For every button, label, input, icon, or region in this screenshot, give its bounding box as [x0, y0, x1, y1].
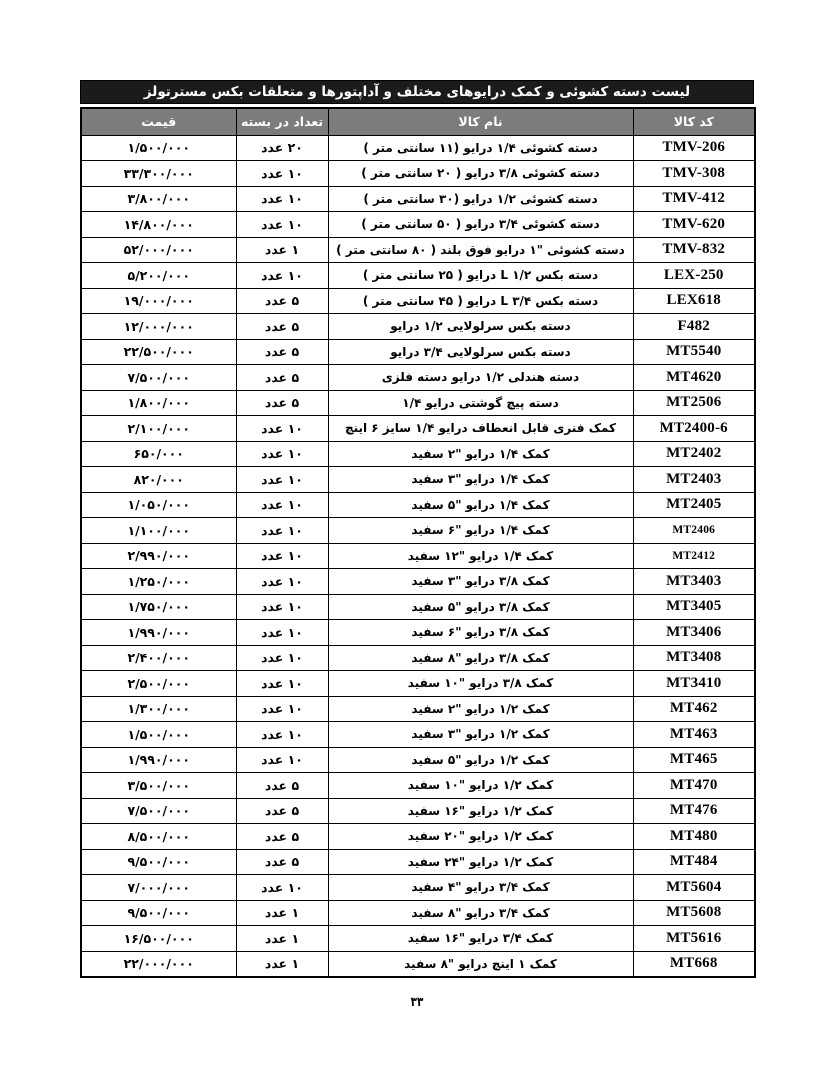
table-row: MT462کمک ۱/۲ درایو "۲ سفید۱۰ عدد۱/۳۰۰/۰۰… [81, 696, 755, 722]
cell-code: MT2403 [633, 467, 755, 493]
cell-name: کمک ۱ اینچ درایو "۸ سفید [328, 951, 633, 977]
cell-qty: ۱۰ عدد [236, 416, 328, 442]
cell-price: ۷/۰۰۰/۰۰۰ [81, 875, 236, 901]
cell-price: ۷/۵۰۰/۰۰۰ [81, 798, 236, 824]
cell-qty: ۵ عدد [236, 390, 328, 416]
table-row: MT484کمک ۱/۲ درایو "۲۴ سفید۵ عدد۹/۵۰۰/۰۰… [81, 849, 755, 875]
cell-code: MT2506 [633, 390, 755, 416]
cell-price: ۱/۳۰۰/۰۰۰ [81, 696, 236, 722]
cell-name: کمک ۱/۴ درایو "۶ سفید [328, 518, 633, 544]
cell-name: کمک ۳/۸ درایو "۸ سفید [328, 645, 633, 671]
cell-name: کمک ۳/۴ درایو "۸ سفید [328, 900, 633, 926]
cell-qty: ۵ عدد [236, 314, 328, 340]
cell-name: کمک ۱/۴ درایو "۲ سفید [328, 441, 633, 467]
cell-qty: ۵ عدد [236, 824, 328, 850]
cell-name: کمک ۱/۲ درایو "۱۶ سفید [328, 798, 633, 824]
table-title-bar: لیست دسته کشوئی و کمک درایوهای مختلف و آ… [80, 80, 754, 104]
cell-code: TMV-206 [633, 135, 755, 161]
cell-qty: ۱۰ عدد [236, 747, 328, 773]
cell-code: MT470 [633, 773, 755, 799]
cell-price: ۳/۵۰۰/۰۰۰ [81, 773, 236, 799]
cell-name: دسته بکس سرلولایی ۳/۴ درایو [328, 339, 633, 365]
cell-code: MT3405 [633, 594, 755, 620]
table-row: MT3406کمک ۳/۸ درایو "۶ سفید۱۰ عدد۱/۹۹۰/۰… [81, 620, 755, 646]
footer-page-number: ۳۳ [83, 995, 750, 1010]
cell-qty: ۱۰ عدد [236, 441, 328, 467]
cell-price: ۵۲/۰۰۰/۰۰۰ [81, 237, 236, 263]
cell-qty: ۱ عدد [236, 900, 328, 926]
cell-price: ۸۲۰/۰۰۰ [81, 467, 236, 493]
table-row: MT2400-6کمک فنری قابل انعطاف درایو ۱/۴ س… [81, 416, 755, 442]
table-row: LEX618دسته بکس L ۳/۴ درایو ( ۴۵ سانتی مت… [81, 288, 755, 314]
cell-qty: ۱۰ عدد [236, 518, 328, 544]
cell-qty: ۱ عدد [236, 951, 328, 977]
cell-name: کمک ۱/۴ درایو "۵ سفید [328, 492, 633, 518]
cell-price: ۱/۹۹۰/۰۰۰ [81, 620, 236, 646]
cell-name: کمک ۱/۴ درایو "۱۲ سفید [328, 543, 633, 569]
cell-code: TMV-412 [633, 186, 755, 212]
cell-price: ۱/۸۰۰/۰۰۰ [81, 390, 236, 416]
cell-code: MT3406 [633, 620, 755, 646]
cell-name: دسته کشوئی ۳/۸ درایو ( ۲۰ سانتی متر ) [328, 161, 633, 187]
cell-code: MT5608 [633, 900, 755, 926]
cell-code: MT484 [633, 849, 755, 875]
cell-name: کمک ۱/۲ درایو "۲ سفید [328, 696, 633, 722]
table-row: LEX-250دسته بکس L ۱/۲ درایو ( ۲۵ سانتی م… [81, 263, 755, 289]
table-header-row: کد کالا نام کالا تعداد در بسته قیمت [81, 108, 755, 135]
cell-price: ۲/۱۰۰/۰۰۰ [81, 416, 236, 442]
cell-price: ۲۲/۵۰۰/۰۰۰ [81, 339, 236, 365]
cell-code: MT2402 [633, 441, 755, 467]
cell-qty: ۱۰ عدد [236, 645, 328, 671]
cell-qty: ۱۰ عدد [236, 620, 328, 646]
cell-qty: ۱۰ عدد [236, 594, 328, 620]
table-row: MT2406کمک ۱/۴ درایو "۶ سفید۱۰ عدد۱/۱۰۰/۰… [81, 518, 755, 544]
cell-code: MT5604 [633, 875, 755, 901]
cell-name: دسته کشوئی ۳/۴ درایو ( ۵۰ سانتی متر ) [328, 212, 633, 238]
table-row: MT470کمک ۱/۲ درایو "۱۰ سفید۵ عدد۳/۵۰۰/۰۰… [81, 773, 755, 799]
cell-code: MT476 [633, 798, 755, 824]
table-row: TMV-832دسته کشوئی "۱ درایو فوق بلند ( ۸۰… [81, 237, 755, 263]
cell-name: دسته پیچ گوشتی درایو ۱/۴ [328, 390, 633, 416]
cell-price: ۱/۱۰۰/۰۰۰ [81, 518, 236, 544]
cell-price: ۲/۵۰۰/۰۰۰ [81, 671, 236, 697]
table-row: MT463کمک ۱/۲ درایو "۳ سفید۱۰ عدد۱/۵۰۰/۰۰… [81, 722, 755, 748]
cell-qty: ۱۰ عدد [236, 161, 328, 187]
cell-qty: ۵ عدد [236, 773, 328, 799]
cell-price: ۱/۵۰۰/۰۰۰ [81, 135, 236, 161]
cell-name: کمک ۳/۴ درایو "۴ سفید [328, 875, 633, 901]
cell-name: کمک ۳/۸ درایو "۵ سفید [328, 594, 633, 620]
cell-price: ۱۶/۵۰۰/۰۰۰ [81, 926, 236, 952]
cell-code: MT2412 [633, 543, 755, 569]
cell-code: TMV-308 [633, 161, 755, 187]
table-row: MT2403کمک ۱/۴ درایو "۳ سفید۱۰ عدد۸۲۰/۰۰۰ [81, 467, 755, 493]
column-header-qty: تعداد در بسته [236, 108, 328, 135]
cell-code: MT480 [633, 824, 755, 850]
cell-code: MT3410 [633, 671, 755, 697]
cell-code: MT2406 [633, 518, 755, 544]
cell-price: ۲/۴۰۰/۰۰۰ [81, 645, 236, 671]
cell-qty: ۱ عدد [236, 926, 328, 952]
scanned-price-list-page: { "colors": { "title_bar_bg": "#1b1b1b",… [0, 0, 834, 1080]
cell-code: MT2400-6 [633, 416, 755, 442]
cell-name: کمک ۳/۴ درایو "۱۶ سفید [328, 926, 633, 952]
cell-qty: ۱۰ عدد [236, 671, 328, 697]
cell-name: دسته هندلی ۱/۲ درایو دسته فلزی [328, 365, 633, 391]
cell-price: ۵/۲۰۰/۰۰۰ [81, 263, 236, 289]
column-header-price: قیمت [81, 108, 236, 135]
cell-qty: ۲۰ عدد [236, 135, 328, 161]
cell-qty: ۱۰ عدد [236, 492, 328, 518]
cell-code: MT3403 [633, 569, 755, 595]
cell-code: MT2405 [633, 492, 755, 518]
cell-price: ۳/۸۰۰/۰۰۰ [81, 186, 236, 212]
cell-qty: ۱ عدد [236, 237, 328, 263]
cell-code: F482 [633, 314, 755, 340]
table-row: TMV-620دسته کشوئی ۳/۴ درایو ( ۵۰ سانتی م… [81, 212, 755, 238]
cell-price: ۳۳/۳۰۰/۰۰۰ [81, 161, 236, 187]
cell-code: LEX618 [633, 288, 755, 314]
cell-code: TMV-832 [633, 237, 755, 263]
cell-price: ۱/۵۰۰/۰۰۰ [81, 722, 236, 748]
column-header-code: کد کالا [633, 108, 755, 135]
table-row: MT5540دسته بکس سرلولایی ۳/۴ درایو۵ عدد۲۲… [81, 339, 755, 365]
cell-qty: ۱۰ عدد [236, 212, 328, 238]
table-row: TMV-206دسته کشوئی ۱/۴ درایو (۱۱ سانتی مت… [81, 135, 755, 161]
cell-qty: ۵ عدد [236, 365, 328, 391]
cell-code: MT668 [633, 951, 755, 977]
cell-price: ۷/۵۰۰/۰۰۰ [81, 365, 236, 391]
cell-price: ۱/۹۹۰/۰۰۰ [81, 747, 236, 773]
cell-name: کمک فنری قابل انعطاف درایو ۱/۴ سایز ۶ ای… [328, 416, 633, 442]
cell-name: کمک ۱/۴ درایو "۳ سفید [328, 467, 633, 493]
cell-price: ۱/۲۵۰/۰۰۰ [81, 569, 236, 595]
cell-code: MT4620 [633, 365, 755, 391]
cell-price: ۱۴/۸۰۰/۰۰۰ [81, 212, 236, 238]
cell-name: دسته بکس L ۱/۲ درایو ( ۲۵ سانتی متر ) [328, 263, 633, 289]
table-row: MT668کمک ۱ اینچ درایو "۸ سفید۱ عدد۲۲/۰۰۰… [81, 951, 755, 977]
cell-price: ۹/۵۰۰/۰۰۰ [81, 900, 236, 926]
cell-code: MT463 [633, 722, 755, 748]
cell-qty: ۱۰ عدد [236, 186, 328, 212]
table-row: TMV-412دسته کشوئی ۱/۲ درایو (۳۰ سانتی مت… [81, 186, 755, 212]
cell-name: کمک ۱/۲ درایو "۳ سفید [328, 722, 633, 748]
cell-name: کمک ۳/۸ درایو "۱۰ سفید [328, 671, 633, 697]
cell-qty: ۱۰ عدد [236, 696, 328, 722]
cell-qty: ۵ عدد [236, 339, 328, 365]
cell-qty: ۵ عدد [236, 798, 328, 824]
cell-name: کمک ۱/۲ درایو "۱۰ سفید [328, 773, 633, 799]
cell-code: MT465 [633, 747, 755, 773]
cell-qty: ۱۰ عدد [236, 875, 328, 901]
table-row: MT2402کمک ۱/۴ درایو "۲ سفید۱۰ عدد۶۵۰/۰۰۰ [81, 441, 755, 467]
cell-name: کمک ۱/۲ درایو "۵ سفید [328, 747, 633, 773]
cell-name: کمک ۳/۸ درایو "۶ سفید [328, 620, 633, 646]
table-row: MT5616کمک ۳/۴ درایو "۱۶ سفید۱ عدد۱۶/۵۰۰/… [81, 926, 755, 952]
cell-qty: ۱۰ عدد [236, 543, 328, 569]
cell-name: کمک ۱/۲ درایو "۲۰ سفید [328, 824, 633, 850]
cell-code: MT5540 [633, 339, 755, 365]
table-row: MT465کمک ۱/۲ درایو "۵ سفید۱۰ عدد۱/۹۹۰/۰۰… [81, 747, 755, 773]
cell-qty: ۱۰ عدد [236, 467, 328, 493]
cell-name: دسته بکس L ۳/۴ درایو ( ۴۵ سانتی متر ) [328, 288, 633, 314]
table-row: MT4620دسته هندلی ۱/۲ درایو دسته فلزی۵ عد… [81, 365, 755, 391]
cell-code: MT3408 [633, 645, 755, 671]
table-row: MT2506دسته پیچ گوشتی درایو ۱/۴۵ عدد۱/۸۰۰… [81, 390, 755, 416]
cell-qty: ۱۰ عدد [236, 569, 328, 595]
price-table: کد کالا نام کالا تعداد در بسته قیمت TMV-… [80, 107, 756, 978]
table-body: TMV-206دسته کشوئی ۱/۴ درایو (۱۱ سانتی مت… [81, 135, 755, 977]
table-row: MT3405کمک ۳/۸ درایو "۵ سفید۱۰ عدد۱/۷۵۰/۰… [81, 594, 755, 620]
cell-qty: ۱۰ عدد [236, 263, 328, 289]
cell-qty: ۵ عدد [236, 849, 328, 875]
cell-name: کمک ۱/۲ درایو "۲۴ سفید [328, 849, 633, 875]
price-list-sheet: لیست دسته کشوئی و کمک درایوهای مختلف و آ… [80, 80, 754, 978]
cell-name: دسته کشوئی ۱/۴ درایو (۱۱ سانتی متر ) [328, 135, 633, 161]
table-row: MT3403کمک ۳/۸ درایو "۳ سفید۱۰ عدد۱/۲۵۰/۰… [81, 569, 755, 595]
cell-code: LEX-250 [633, 263, 755, 289]
table-row: TMV-308دسته کشوئی ۳/۸ درایو ( ۲۰ سانتی م… [81, 161, 755, 187]
table-row: MT3408کمک ۳/۸ درایو "۸ سفید۱۰ عدد۲/۴۰۰/۰… [81, 645, 755, 671]
cell-price: ۸/۵۰۰/۰۰۰ [81, 824, 236, 850]
cell-price: ۱۹/۰۰۰/۰۰۰ [81, 288, 236, 314]
table-row: MT2412کمک ۱/۴ درایو "۱۲ سفید۱۰ عدد۲/۹۹۰/… [81, 543, 755, 569]
table-row: F482دسته بکس سرلولایی ۱/۲ درایو۵ عدد۱۲/۰… [81, 314, 755, 340]
cell-name: دسته کشوئی ۱/۲ درایو (۳۰ سانتی متر ) [328, 186, 633, 212]
table-row: MT476کمک ۱/۲ درایو "۱۶ سفید۵ عدد۷/۵۰۰/۰۰… [81, 798, 755, 824]
cell-code: TMV-620 [633, 212, 755, 238]
cell-price: ۱/۰۵۰/۰۰۰ [81, 492, 236, 518]
cell-qty: ۵ عدد [236, 288, 328, 314]
cell-name: دسته کشوئی "۱ درایو فوق بلند ( ۸۰ سانتی … [328, 237, 633, 263]
table-row: MT480کمک ۱/۲ درایو "۲۰ سفید۵ عدد۸/۵۰۰/۰۰… [81, 824, 755, 850]
table-row: MT5604کمک ۳/۴ درایو "۴ سفید۱۰ عدد۷/۰۰۰/۰… [81, 875, 755, 901]
cell-code: MT462 [633, 696, 755, 722]
cell-price: ۲/۹۹۰/۰۰۰ [81, 543, 236, 569]
column-header-name: نام کالا [328, 108, 633, 135]
cell-name: کمک ۳/۸ درایو "۳ سفید [328, 569, 633, 595]
cell-code: MT5616 [633, 926, 755, 952]
cell-price: ۹/۵۰۰/۰۰۰ [81, 849, 236, 875]
cell-price: ۱۲/۰۰۰/۰۰۰ [81, 314, 236, 340]
cell-qty: ۱۰ عدد [236, 722, 328, 748]
cell-price: ۱/۷۵۰/۰۰۰ [81, 594, 236, 620]
table-row: MT5608کمک ۳/۴ درایو "۸ سفید۱ عدد۹/۵۰۰/۰۰… [81, 900, 755, 926]
table-row: MT2405کمک ۱/۴ درایو "۵ سفید۱۰ عدد۱/۰۵۰/۰… [81, 492, 755, 518]
cell-price: ۶۵۰/۰۰۰ [81, 441, 236, 467]
cell-name: دسته بکس سرلولایی ۱/۲ درایو [328, 314, 633, 340]
table-row: MT3410کمک ۳/۸ درایو "۱۰ سفید۱۰ عدد۲/۵۰۰/… [81, 671, 755, 697]
cell-price: ۲۲/۰۰۰/۰۰۰ [81, 951, 236, 977]
